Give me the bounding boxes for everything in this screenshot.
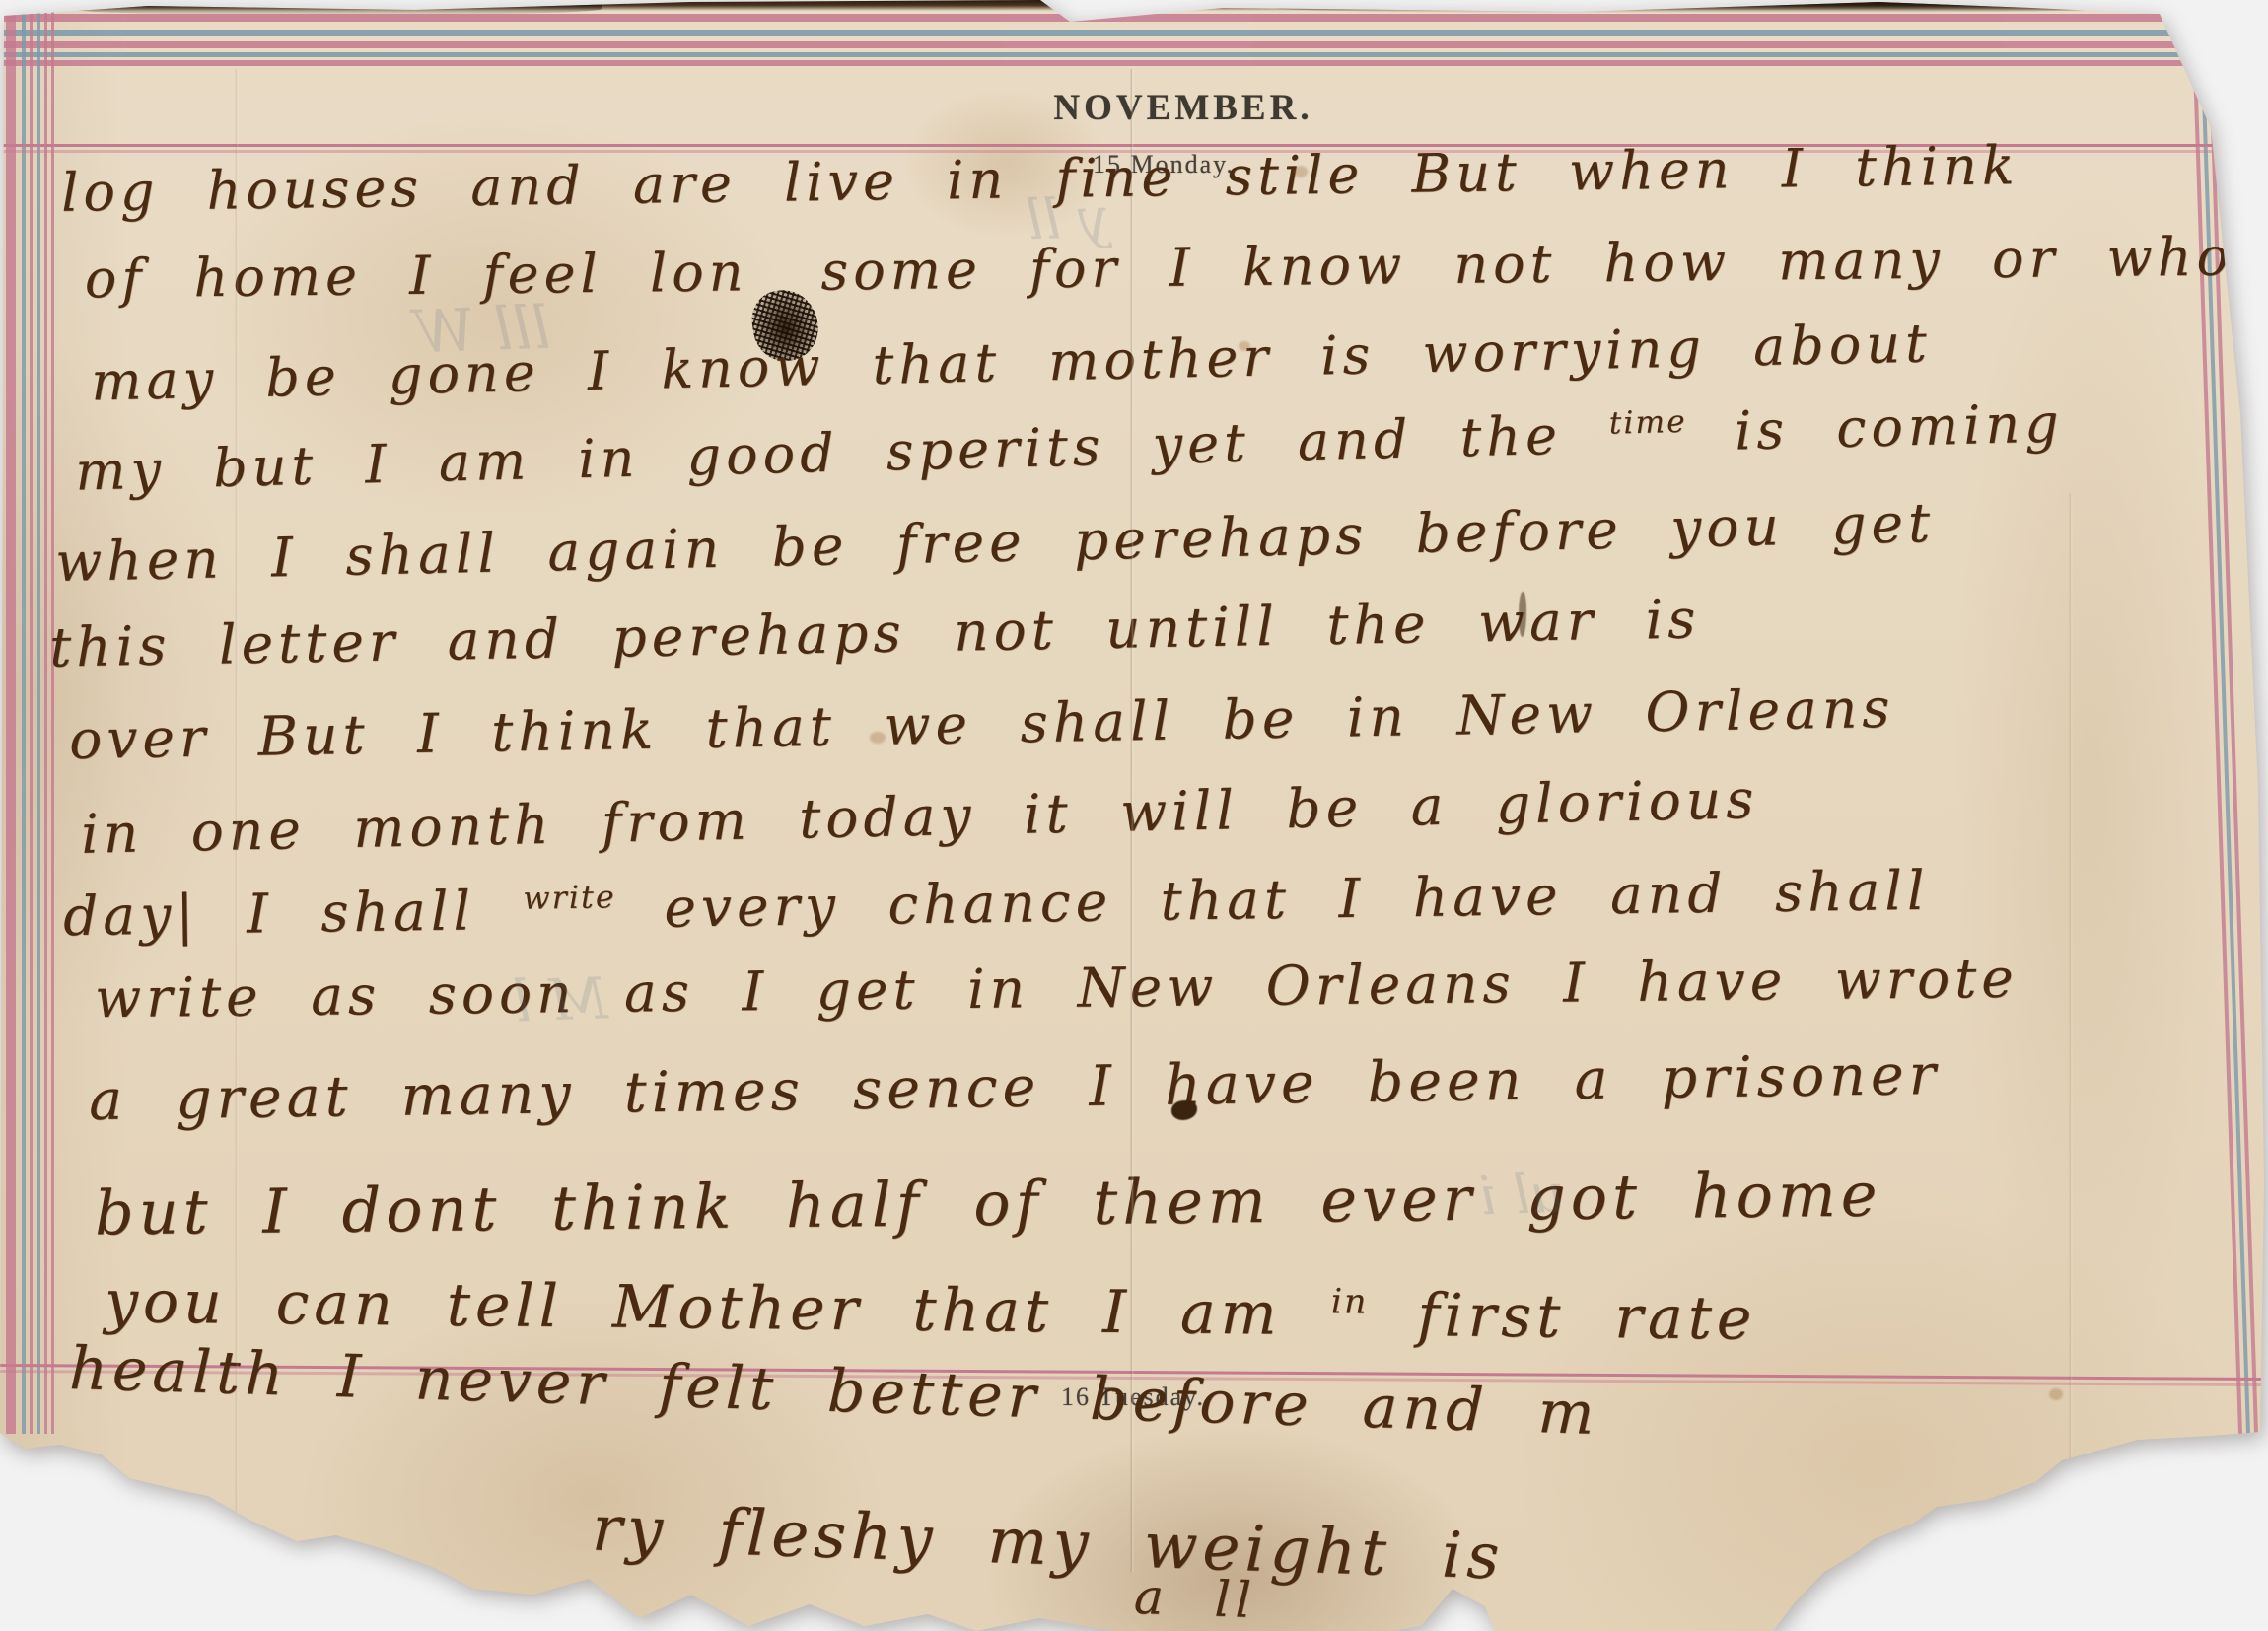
- handwriting-line: mows: [294, 1552, 451, 1621]
- foxing-spot: [1294, 166, 1308, 177]
- handwriting-line: day| I shall write every chance that I h…: [63, 859, 1930, 948]
- handwriting-text: but I dont think half of them ever got h…: [95, 1159, 1882, 1249]
- top-stripe-band: [0, 12, 2268, 69]
- fold-crease: [1130, 69, 1134, 1572]
- handwriting-line: ry fleshy my weight is: [591, 1492, 1505, 1594]
- inserted-word: write: [523, 879, 616, 917]
- handwriting-text: a ll: [1133, 1568, 1257, 1629]
- handwriting-line: health I never felt better before and m: [68, 1334, 1599, 1449]
- foxing-spot: [1239, 341, 1250, 351]
- handwriting-line: a great many times sence I have been a p…: [89, 1042, 1942, 1133]
- fold-crease: [235, 69, 239, 1572]
- handwriting-text: in one month from today it will be a glo…: [81, 767, 1759, 866]
- handwriting-text: this letter and perehaps not untill the …: [49, 587, 1701, 678]
- handwriting-line: this letter and perehaps not untill the …: [49, 587, 1701, 678]
- handwriting-text: day| I shall: [63, 879, 524, 949]
- inserted-word: time: [1608, 403, 1687, 441]
- handwriting-text: mows: [294, 1552, 451, 1621]
- ink-bleed-ghost: y ll: [1025, 186, 1110, 253]
- foxing-spot: [2049, 1388, 2063, 1400]
- ink-bleed-ghost: ul i: [1478, 1163, 1566, 1228]
- handwriting-text: health I never felt better before and m: [68, 1334, 1599, 1449]
- fold-crease: [2069, 493, 2073, 1572]
- ink-bleed-ghost: M l: [512, 964, 609, 1034]
- month-header: NOVEMBER.: [966, 87, 1400, 129]
- inserted-word: in: [1331, 1283, 1369, 1322]
- handwriting-text: every chance that I have and shall: [615, 859, 1929, 941]
- handwriting-text: over But I think that we shall be in New…: [69, 676, 1895, 771]
- handwriting-line: write as soon as I get in New Orleans I …: [95, 947, 2019, 1029]
- handwriting-line: my but I am in good sperits yet and the …: [75, 391, 2065, 502]
- scan-background: NOVEMBER. 15 Monday. 16 Tuesday. log hou…: [0, 0, 2268, 1631]
- left-margin-stripes: [0, 0, 59, 1434]
- handwriting-text: a great many times sence I have been a p…: [89, 1042, 1942, 1133]
- handwriting-text: when I shall again be free perehaps befo…: [55, 491, 1936, 594]
- handwriting-line: in one month from today it will be a glo…: [81, 767, 1759, 866]
- handwriting-text: my but I am in good sperits yet and the: [75, 403, 1610, 503]
- handwriting-line: over But I think that we shall be in New…: [69, 676, 1895, 771]
- paper-wrapper: NOVEMBER. 15 Monday. 16 Tuesday. log hou…: [0, 0, 2268, 1631]
- foxing-spot: [870, 732, 886, 744]
- handwriting-line: but I dont think half of them ever got h…: [95, 1159, 1882, 1249]
- handwriting-text: ry fleshy my weight is: [591, 1492, 1505, 1594]
- handwriting-text: is coming: [1686, 391, 2064, 462]
- handwriting-text: first rate: [1368, 1281, 1757, 1354]
- handwriting-line: you can tell Mother that I am in first r…: [105, 1267, 1757, 1354]
- ink-bleed-ghost: lll W: [413, 294, 552, 368]
- handwriting-line: a ll: [1133, 1568, 1257, 1629]
- paper-sheet: NOVEMBER. 15 Monday. 16 Tuesday. log hou…: [0, 0, 2268, 1631]
- handwriting-line: when I shall again be free perehaps befo…: [55, 491, 1936, 594]
- handwriting-text: write as soon as I get in New Orleans I …: [95, 947, 2019, 1029]
- handwriting-text: you can tell Mother that I am: [105, 1267, 1331, 1349]
